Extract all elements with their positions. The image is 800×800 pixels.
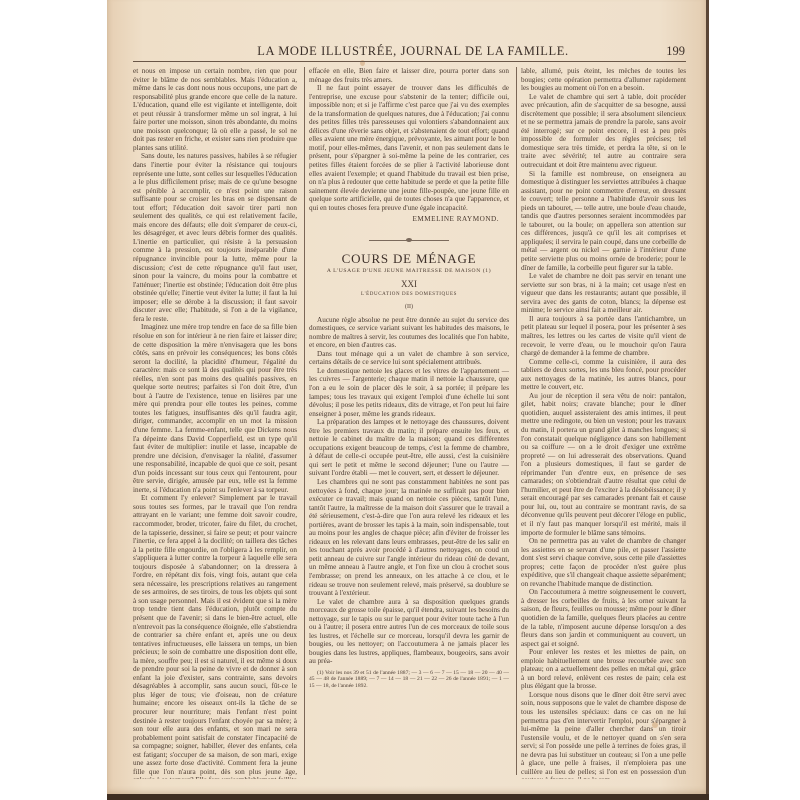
paragraph: et nous en impose un certain nombre, rie… [133,67,297,152]
header-rule [133,61,686,62]
paragraph: Et comment l'y enlever? Simplement par l… [133,494,297,779]
section-subtitle: A L'USAGE D'UNE JEUNE MAITRESSE DE MAISO… [309,267,509,276]
column-divider [304,67,305,775]
paragraph: Le valet de chambre aura à sa dispositio… [309,598,509,666]
author-signature: EMMELINE RAYMOND. [309,215,499,224]
paragraph: Comme celle-ci, comme la cuisinière, il … [521,358,686,392]
paragraph: Si la famille est nombreuse, on enseigne… [521,170,686,273]
paragraph: Il ne faut point essayer de trouver dans… [309,84,509,212]
page-number: 199 [666,44,685,59]
section-title: COURS DE MÉNAGE [309,255,509,264]
page-bottom-edge [107,794,709,800]
paragraph: Sans doute, les natures passives, habile… [133,152,297,323]
paragraph: Les chambres qui ne sont pas constamment… [309,478,509,598]
paragraph: Aucune règle absolue ne peut être donnée… [309,316,509,350]
paragraph: La préparation des lampes et le nettoyag… [309,418,509,478]
paragraph: On ne permettra pas au valet de chambre … [521,537,686,588]
paragraph: lable, allumé, puis éteint, les mèches d… [521,67,686,93]
column-2: effacée en elle, Bien faire et laisser d… [309,67,509,689]
paragraph: Pour enlever les restes et les miettes d… [521,648,686,691]
paragraph: Le valet de chambre ne doit pas servir e… [521,272,686,315]
page-edge [706,0,709,800]
journal-title: LA MODE ILLUSTRÉE, JOURNAL DE LA FAMILLE… [133,44,693,59]
paragraph: effacée en elle, Bien faire et laisser d… [309,67,509,84]
paragraph: On l'accoutumera à mettre soigneusement … [521,588,686,648]
chapter-number: XXI [309,280,509,289]
paragraph: Le domestique nettoie les glaces et les … [309,367,509,418]
chapter-title: L'ÉDUCATION DES DOMESTIQUES [309,291,509,300]
column-1: et nous en impose un certain nombre, rie… [133,67,297,779]
paragraph: Il aura toujours à sa portée dans l'anti… [521,315,686,358]
footnote: (1) Voir les nos 39 et 51 de l'année 188… [309,670,509,689]
page-header: LA MODE ILLUSTRÉE, JOURNAL DE LA FAMILLE… [133,44,693,58]
paragraph: Lorsque nous disons que le dîner doit êt… [521,691,686,779]
column-3: lable, allumé, puis éteint, les mèches d… [521,67,686,779]
part-number: (II) [309,303,509,312]
paragraph: Le valet de chambre qui sert à table, do… [521,93,686,170]
paragraph: Imaginez une mère trop tendre en face de… [133,323,297,494]
ornament-divider [369,240,449,241]
column-divider [516,67,517,775]
paragraph: Dans tout ménage qui a un valet de chamb… [309,350,509,367]
paragraph: Au jour de réception il sera vêtu de noi… [521,392,686,537]
